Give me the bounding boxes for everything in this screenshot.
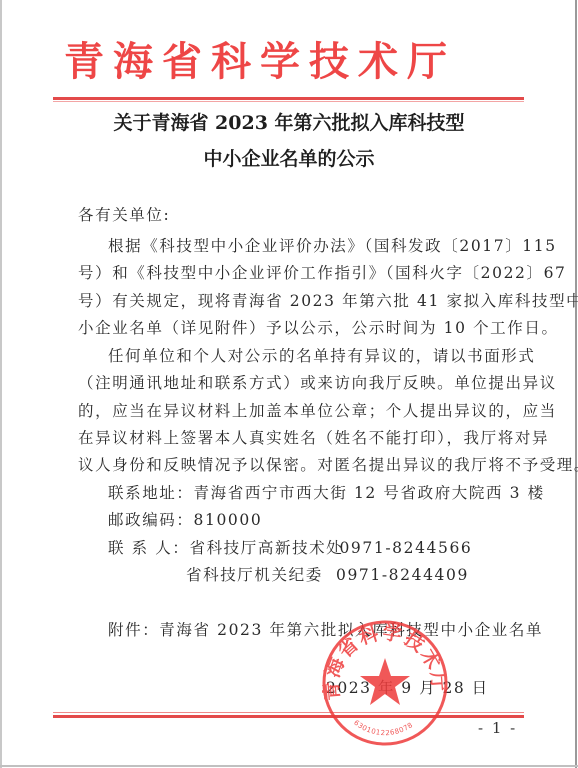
salutation: 各有关单位:: [78, 202, 518, 229]
official-seal-icon: 青海省科学技术厅 6301012268078: [320, 618, 450, 748]
address-label: 联系地址：: [108, 484, 194, 502]
paragraph-1-line: 根据《科技型中小企业评价办法》（国科发政〔2017〕115: [108, 233, 548, 260]
address-value: 青海省西宁市西大街 12 号省政府大院西 3 楼: [194, 484, 545, 502]
paragraph-1-line: 号）有关规定，现将青海省 2023 年第六批 41 家拟入库科技型中: [78, 288, 518, 315]
paragraph-2-line: 的，应当在异议材料上加盖本单位公章；个人提出异议的，应当: [78, 398, 518, 425]
document-title-line-2: 中小企业名单的公示: [0, 144, 578, 171]
contact-dept: 省科技厅机关纪委: [186, 562, 336, 589]
contact-address: 联系地址：青海省西宁市西大街 12 号省政府大院西 3 楼: [108, 480, 548, 507]
contact-dept: 省科技厅高新技术处: [189, 535, 339, 562]
contact-postcode: 邮政编码：810000: [108, 507, 548, 534]
contacts-label: 联 系 人：: [108, 539, 189, 557]
document-title-line-1: 关于青海省 2023 年第六批拟入库科技型: [0, 108, 578, 135]
contact-person-1: 联 系 人：省科技厅高新技术处0971-8244566: [108, 535, 548, 562]
paragraph-1-line: 小企业名单（详见附件）予以公示，公示时间为 10 个工作日。: [78, 315, 518, 342]
page-number: - 1 -: [478, 719, 517, 737]
paragraph-2-line: （注明通讯地址和联系方式）或来访向我厅反映。单位提出异议: [78, 370, 518, 397]
paragraph-1-line: 号）和《科技型中小企业评价工作指引》（国科火字〔2022〕67: [78, 260, 518, 287]
masthead-title: 青海省科学技术厅: [64, 34, 464, 90]
contact-phone: 0971-8244409: [336, 566, 469, 584]
postcode-label: 邮政编码：: [108, 511, 194, 529]
contact-person-2: 省科技厅机关纪委0971-8244409: [186, 562, 578, 589]
paragraph-2-line: 任何单位和个人对公示的名单持有异议的，请以书面形式: [108, 343, 548, 370]
paragraph-2-line: 在异议材料上签署本人真实姓名（姓名不能打印），我厅将对异: [78, 425, 518, 452]
page-frame-bottom: [0, 765, 578, 767]
postcode-value: 810000: [194, 511, 263, 529]
svg-text:6301012268078: 6301012268078: [352, 719, 414, 738]
paragraph-2-line: 议人身份和反映情况予以保密。对匿名提出异议的我厅将不予受理。: [78, 452, 518, 479]
contact-phone: 0971-8244566: [339, 539, 472, 557]
